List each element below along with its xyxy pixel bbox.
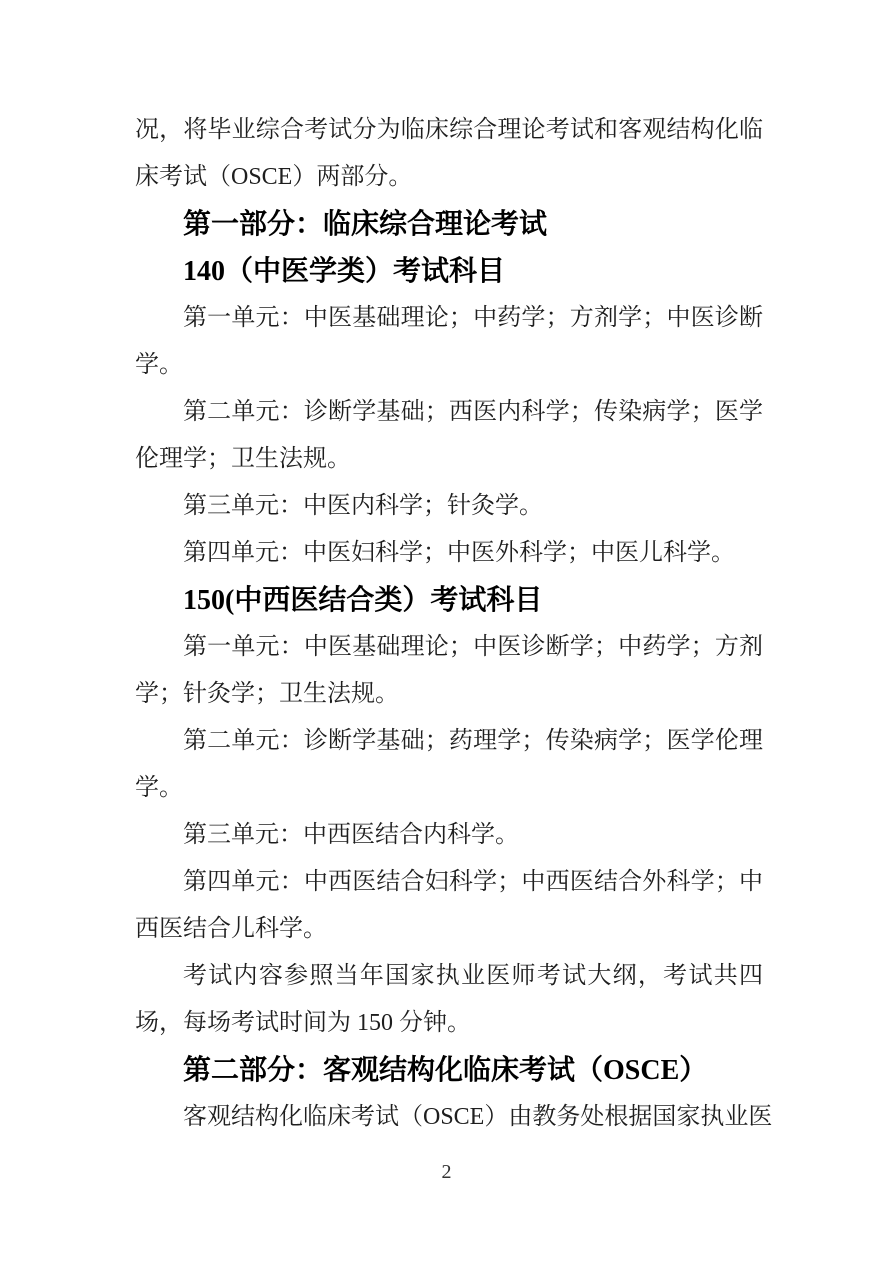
body-text-line: 第一单元：中医基础理论；中药学；方剂学；中医诊断 xyxy=(135,295,763,342)
body-text-line: 学。 xyxy=(135,342,763,389)
body-text-line: 第四单元：中医妇科学；中医外科学；中医儿科学。 xyxy=(135,530,763,577)
body-text-line: 客观结构化临床考试（OSCE）由教务处根据国家执业医 xyxy=(135,1094,763,1141)
body-text-line: 伦理学；卫生法规。 xyxy=(135,436,763,483)
body-text-line: 第三单元：中医内科学；针灸学。 xyxy=(135,483,763,530)
body-text-line: 第一单元：中医基础理论；中医诊断学；中药学；方剂 xyxy=(135,624,763,671)
document-text-body: 况，将毕业综合考试分为临床综合理论考试和客观结构化临 床考试（OSCE）两部分。… xyxy=(135,107,763,1141)
body-text-line: 西医结合儿科学。 xyxy=(135,906,763,953)
body-text-line: 第三单元：中西医结合内科学。 xyxy=(135,812,763,859)
page-number: 2 xyxy=(0,1157,893,1187)
body-text-line: 床考试（OSCE）两部分。 xyxy=(135,154,763,201)
body-text-line: 学；针灸学；卫生法规。 xyxy=(135,671,763,718)
body-text-line: 学。 xyxy=(135,765,763,812)
section-heading: 150(中西医结合类）考试科目 xyxy=(135,577,763,624)
section-heading: 第一部分：临床综合理论考试 xyxy=(135,201,763,248)
body-text-line: 第二单元：诊断学基础；药理学；传染病学；医学伦理 xyxy=(135,718,763,765)
body-text-line: 场，每场考试时间为 150 分钟。 xyxy=(135,1000,763,1047)
section-heading: 140（中医学类）考试科目 xyxy=(135,248,763,295)
section-heading: 第二部分：客观结构化临床考试（OSCE） xyxy=(135,1047,763,1094)
body-text-line: 考试内容参照当年国家执业医师考试大纲，考试共四 xyxy=(135,953,763,1000)
body-text-line: 第二单元：诊断学基础；西医内科学；传染病学；医学 xyxy=(135,389,763,436)
body-text-line: 第四单元：中西医结合妇科学；中西医结合外科学；中 xyxy=(135,859,763,906)
body-text-line: 况，将毕业综合考试分为临床综合理论考试和客观结构化临 xyxy=(135,107,763,154)
document-page: 况，将毕业综合考试分为临床综合理论考试和客观结构化临 床考试（OSCE）两部分。… xyxy=(0,0,893,1263)
